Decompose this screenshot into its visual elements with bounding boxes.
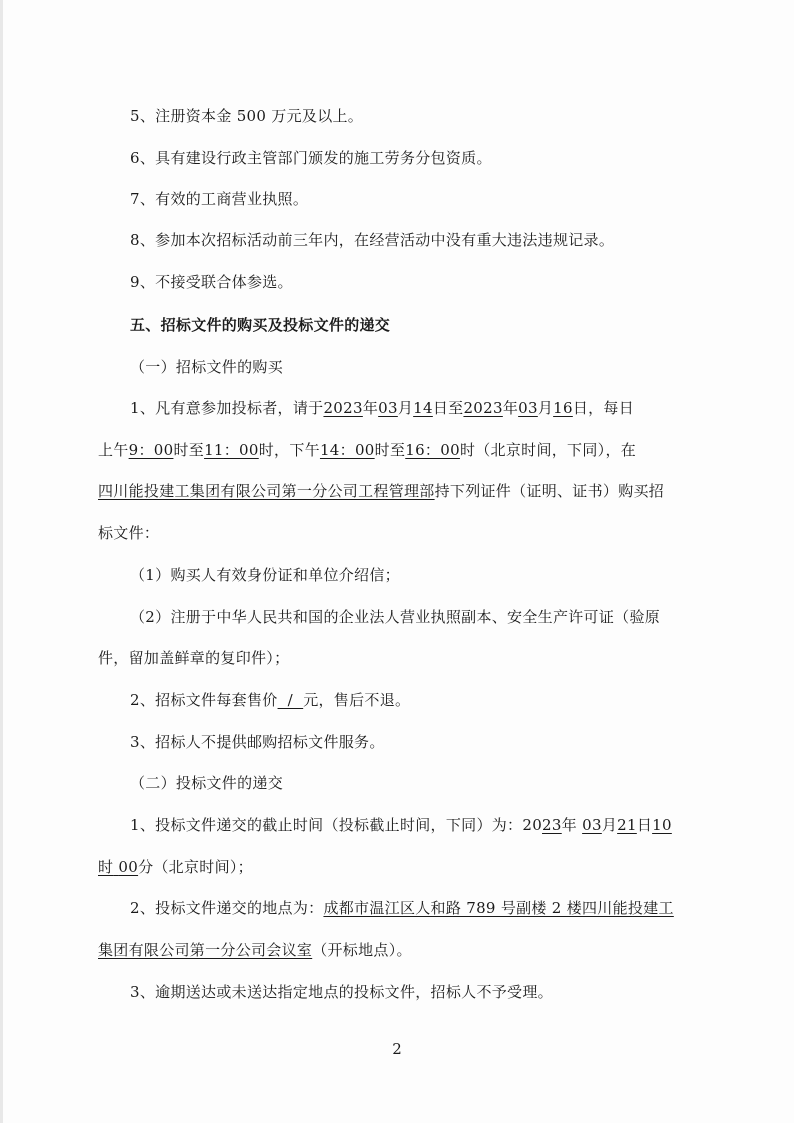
am-end-time: 11：00 [204,441,259,459]
text: 年 [363,399,378,417]
item-7: 7、有效的工商营业执照。 [130,189,716,209]
purchase-para-1-line-1: 1、凡有意参加投标者，请于2023年03月14日至2023年03月16日，每日 [130,398,684,418]
text: 年 [562,816,577,834]
purchase-para-1-line-3: 四川能投建工集团有限公司第一分公司工程管理部持下列证件（证明、证书）购买招 [98,481,684,501]
purchase-para-1-line-2: 上午9：00时至11：00时，下午14：00时至16：00时（北京时间，下同），… [98,440,684,460]
purchase-location: 四川能投建工集团有限公司第一分公司工程管理部 [98,482,435,500]
subsection-title-purchase: （一）招标文件的购买 [130,357,716,377]
item-6: 6、具有建设行政主管部门颁发的施工劳务分包资质。 [130,148,716,168]
text: 2、招标文件每套售价 [130,691,278,709]
end-month: 03 [518,399,538,417]
submission-para-2-line-1: 2、投标文件递交的地点为：成都市温江区人和路 789 号副楼 2 楼四川能投建工 [130,898,684,918]
text: 时 [98,858,113,876]
text: 1、凡有意参加投标者，请于 [130,399,323,417]
start-month: 03 [378,399,398,417]
purchase-para-3: 3、招标人不提供邮购招标文件服务。 [130,732,684,752]
text: 元，售后不退。 [303,691,410,709]
submission-address-1: 成都市温江区人和路 789 号副楼 2 楼四川能投建工 [323,899,673,917]
text: 日，每日 [573,399,634,417]
text: 分（北京时间）； [138,858,253,876]
text: 年 [503,399,518,417]
submission-para-1-line-1: 1、投标文件递交的截止时间（投标截止时间，下同）为：2023年 03月21日10 [130,815,684,835]
text: 月 [398,399,413,417]
text: 持下列证件（证明、证书）购买招 [435,482,665,500]
deadline-time-tail: 时 00 [98,858,138,876]
purchase-para-2: 2、招标文件每套售价 / 元，售后不退。 [130,690,684,710]
submission-para-3: 3、逾期送达或未送达指定地点的投标文件，招标人不予受理。 [130,982,684,1002]
start-year: 2023 [323,399,362,417]
pm-end-time: 16：00 [405,441,460,459]
text: 2、投标文件递交的地点为： [130,899,323,917]
am-start-time: 9：00 [129,441,174,459]
text: （开标地点）。 [312,941,412,959]
page-number: 2 [0,1040,794,1058]
scan-edge [0,0,3,1123]
start-day: 14 [413,399,433,417]
text: 日 [637,816,652,834]
item-8: 8、参加本次招标活动前三年内，在经营活动中没有重大违法违规记录。 [130,230,716,250]
text: 1、投标文件递交的截止时间（投标截止时间，下同）为：20 [130,816,542,834]
item-9: 9、不接受联合体参选。 [130,272,716,292]
text: 上午 [98,441,129,459]
requirement-2-line-2: 件，留加盖鲜章的复印件）； [98,648,684,668]
deadline-day: 21 [617,816,637,834]
text: 月 [538,399,553,417]
subsection-title-submission: （二）投标文件的递交 [130,773,684,793]
end-day: 16 [553,399,573,417]
deadline-year-tail: 23 [542,816,562,834]
price: / [278,691,304,709]
deadline-hour: 10 [652,816,672,834]
deadline-month: 03 [582,816,602,834]
text: 时至 [173,441,204,459]
document-page: 5、注册资本金 500 万元及以上。 6、具有建设行政主管部门颁发的施工劳务分包… [0,0,794,1123]
pm-start-time: 14：00 [320,441,375,459]
end-year: 2023 [463,399,502,417]
submission-para-2-line-2: 集团有限公司第一分公司会议室（开标地点）。 [98,940,684,960]
purchase-para-1-line-4: 标文件： [98,523,684,543]
item-5: 5、注册资本金 500 万元及以上。 [130,106,716,126]
text: 时至 [375,441,406,459]
text: 时（北京时间，下同），在 [460,441,636,459]
text: 月 [602,816,617,834]
submission-para-1-line-2: 时 00分（北京时间）； [98,857,684,877]
requirement-1: （1）购买人有效身份证和单位介绍信； [130,565,684,585]
text: 日至 [433,399,464,417]
submission-address-2: 集团有限公司第一分公司会议室 [98,941,312,959]
section-title-5: 五、招标文件的购买及投标文件的递交 [130,315,716,335]
deadline-minute: 00 [118,858,138,876]
text: 时，下午 [259,441,320,459]
requirement-2-line-1: （2）注册于中华人民共和国的企业法人营业执照副本、安全生产许可证（验原 [130,607,684,627]
